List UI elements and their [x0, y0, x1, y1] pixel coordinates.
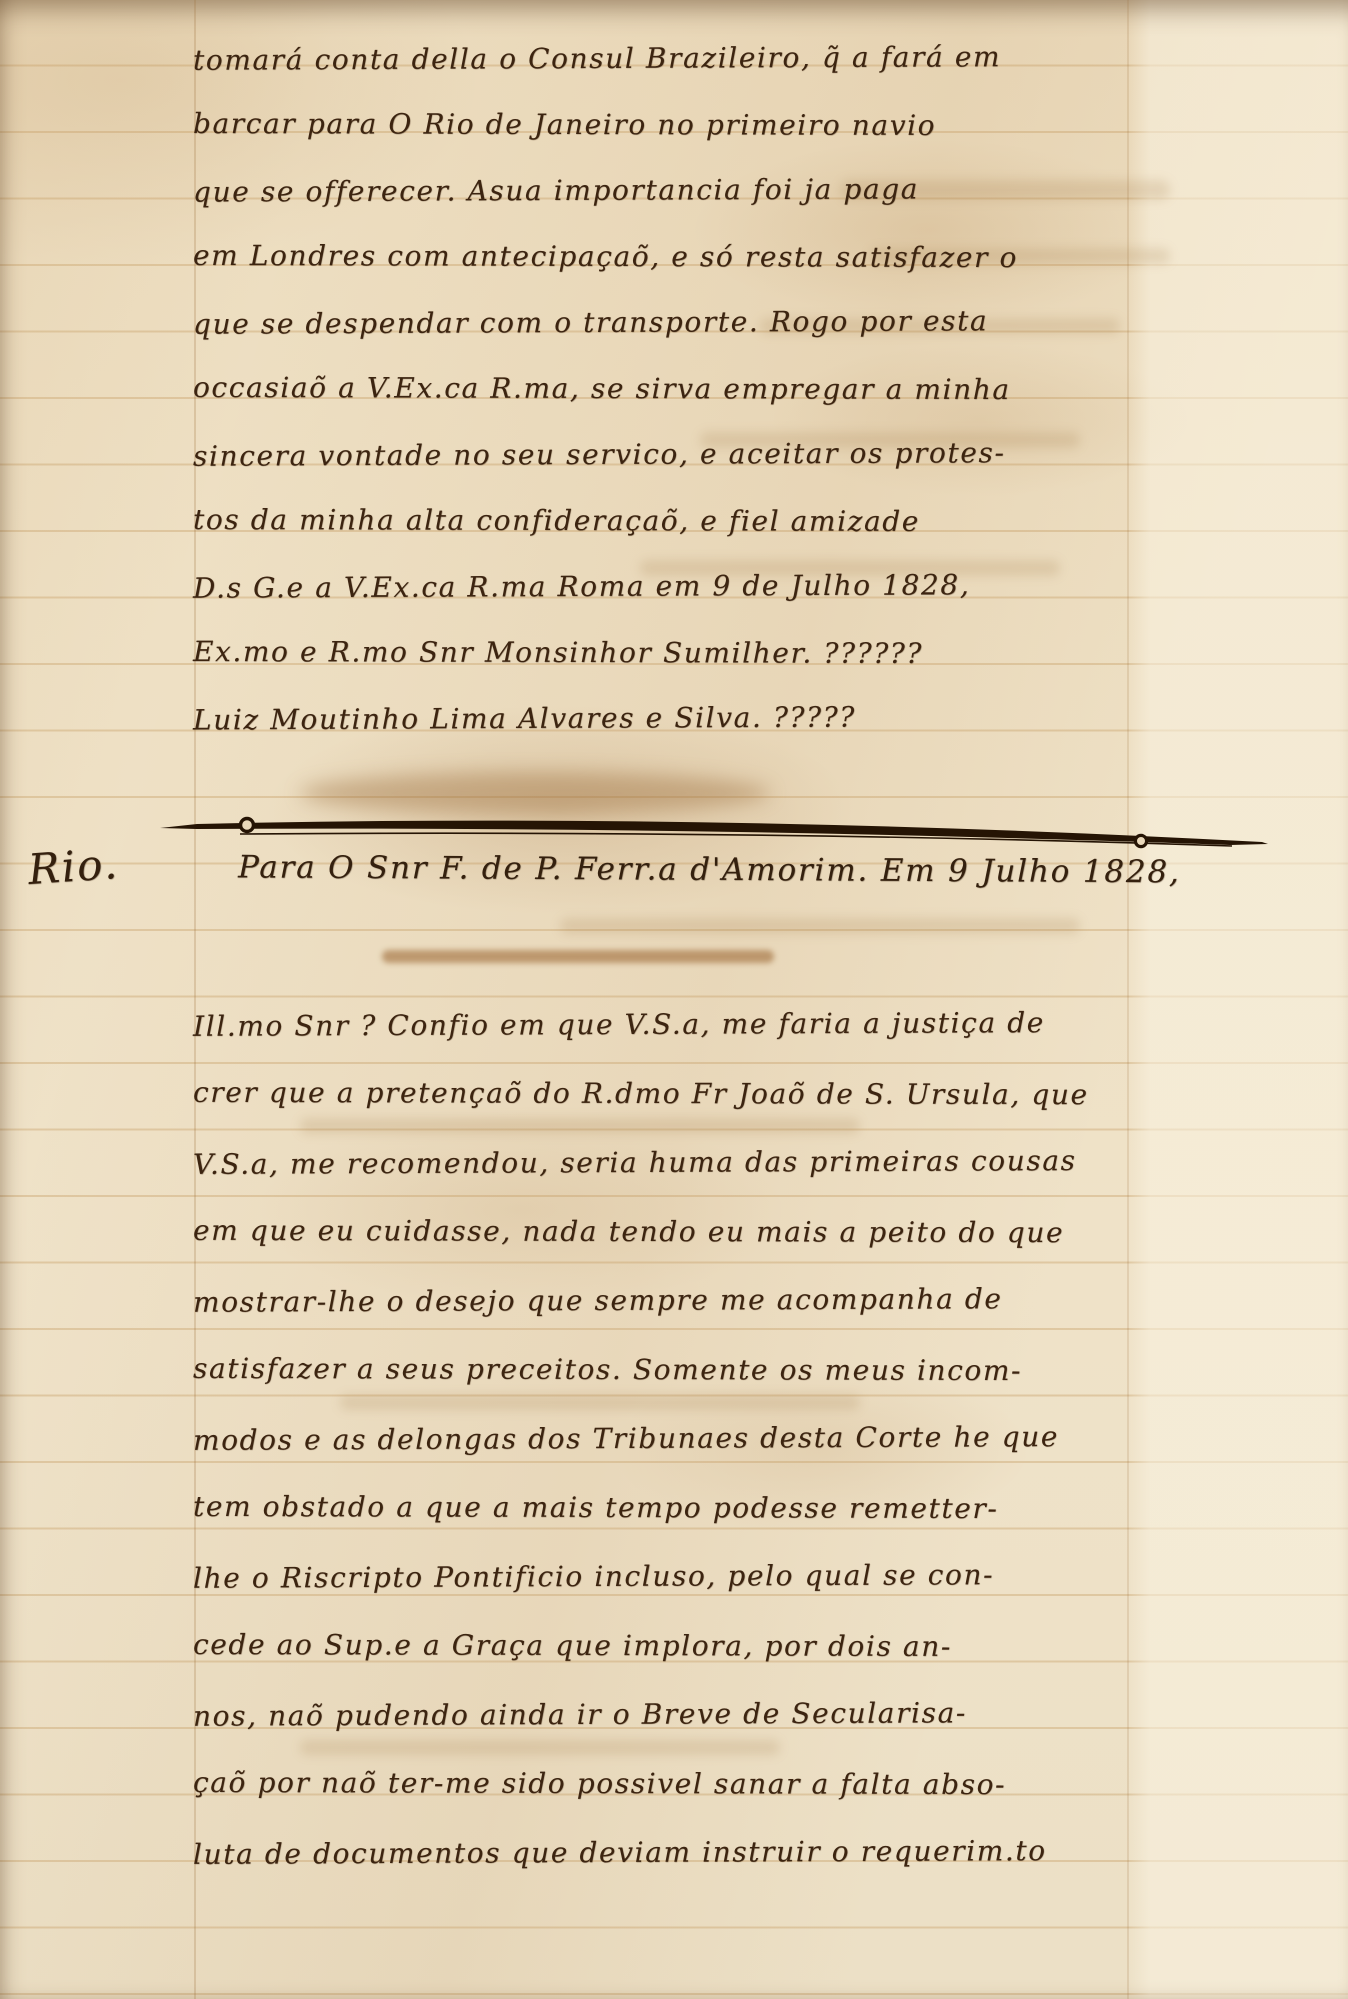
manuscript-line: Luiz Moutinho Lima Alvares e Silva. ????…: [193, 701, 856, 737]
manuscript-line: D.s G.e a V.Ex.ca R.ma Roma em 9 de Julh…: [193, 568, 970, 604]
manuscript-line: tem obstado a que a mais tempo podesse r…: [193, 1490, 999, 1525]
manuscript-line: V.S.a, me recomendou, seria huma das pri…: [193, 1144, 1077, 1181]
letter1-body: tomará conta della o Consul Brazileiro, …: [193, 42, 1193, 802]
manuscript-line: tomará conta della o Consul Brazileiro, …: [193, 40, 1001, 77]
letter2-heading: Para O Snr F. de P. Ferr.a d'Amorim. Em …: [238, 849, 1238, 890]
manuscript-line: que se offerecer. Asua importancia foi j…: [193, 172, 919, 208]
manuscript-line: lhe o Riscripto Pontificio incluso, pelo…: [193, 1558, 994, 1594]
manuscript-line: satisfazer a seus preceitos. Somente os …: [193, 1352, 1022, 1387]
manuscript-line: modos e as delongas dos Tribunaes desta …: [193, 1420, 1059, 1457]
manuscript-line: em Londres com antecipaçaõ, e só resta s…: [193, 239, 1018, 274]
manuscript-line: tos da minha alta confideraçaõ, e fiel a…: [193, 503, 920, 538]
letter2-body: Ill.mo Snr ? Confio em que V.S.a, me far…: [193, 1008, 1193, 1948]
manuscript-page: tomará conta della o Consul Brazileiro, …: [0, 0, 1348, 1999]
manuscript-line: luta de documentos que deviam instruir o…: [193, 1834, 1047, 1871]
manuscript-line: barcar para O Rio de Janeiro no primeiro…: [193, 107, 936, 142]
manuscript-line: occasiaõ a V.Ex.ca R.ma, se sirva empreg…: [193, 371, 1011, 406]
manuscript-line: cede ao Sup.e a Graça que implora, por d…: [193, 1628, 952, 1663]
margin-note-rio: Rio.: [26, 839, 120, 894]
manuscript-line: crer que a pretençaõ do R.dmo Fr Joaõ de…: [193, 1076, 1089, 1111]
manuscript-line: sincera vontade no seu servico, e aceita…: [193, 436, 1006, 473]
manuscript-line: em que eu cuidasse, nada tendo eu mais a…: [193, 1214, 1064, 1249]
heading-underline-smudge: [382, 950, 774, 963]
manuscript-line: Ill.mo Snr ? Confio em que V.S.a, me far…: [193, 1006, 1045, 1043]
manuscript-line: Ex.mo e R.mo Snr Monsinhor Sumilher. ???…: [193, 635, 923, 670]
manuscript-line: que se despendar com o transporte. Rogo …: [193, 304, 988, 340]
manuscript-line: çaõ por naõ ter-me sido possivel sanar a…: [193, 1766, 1006, 1801]
ink-bleed-smudge: [560, 918, 1080, 934]
manuscript-line: nos, naõ pudendo ainda ir o Breve de Sec…: [193, 1696, 967, 1732]
manuscript-line: mostrar-lhe o desejo que sempre me acomp…: [193, 1282, 1003, 1319]
